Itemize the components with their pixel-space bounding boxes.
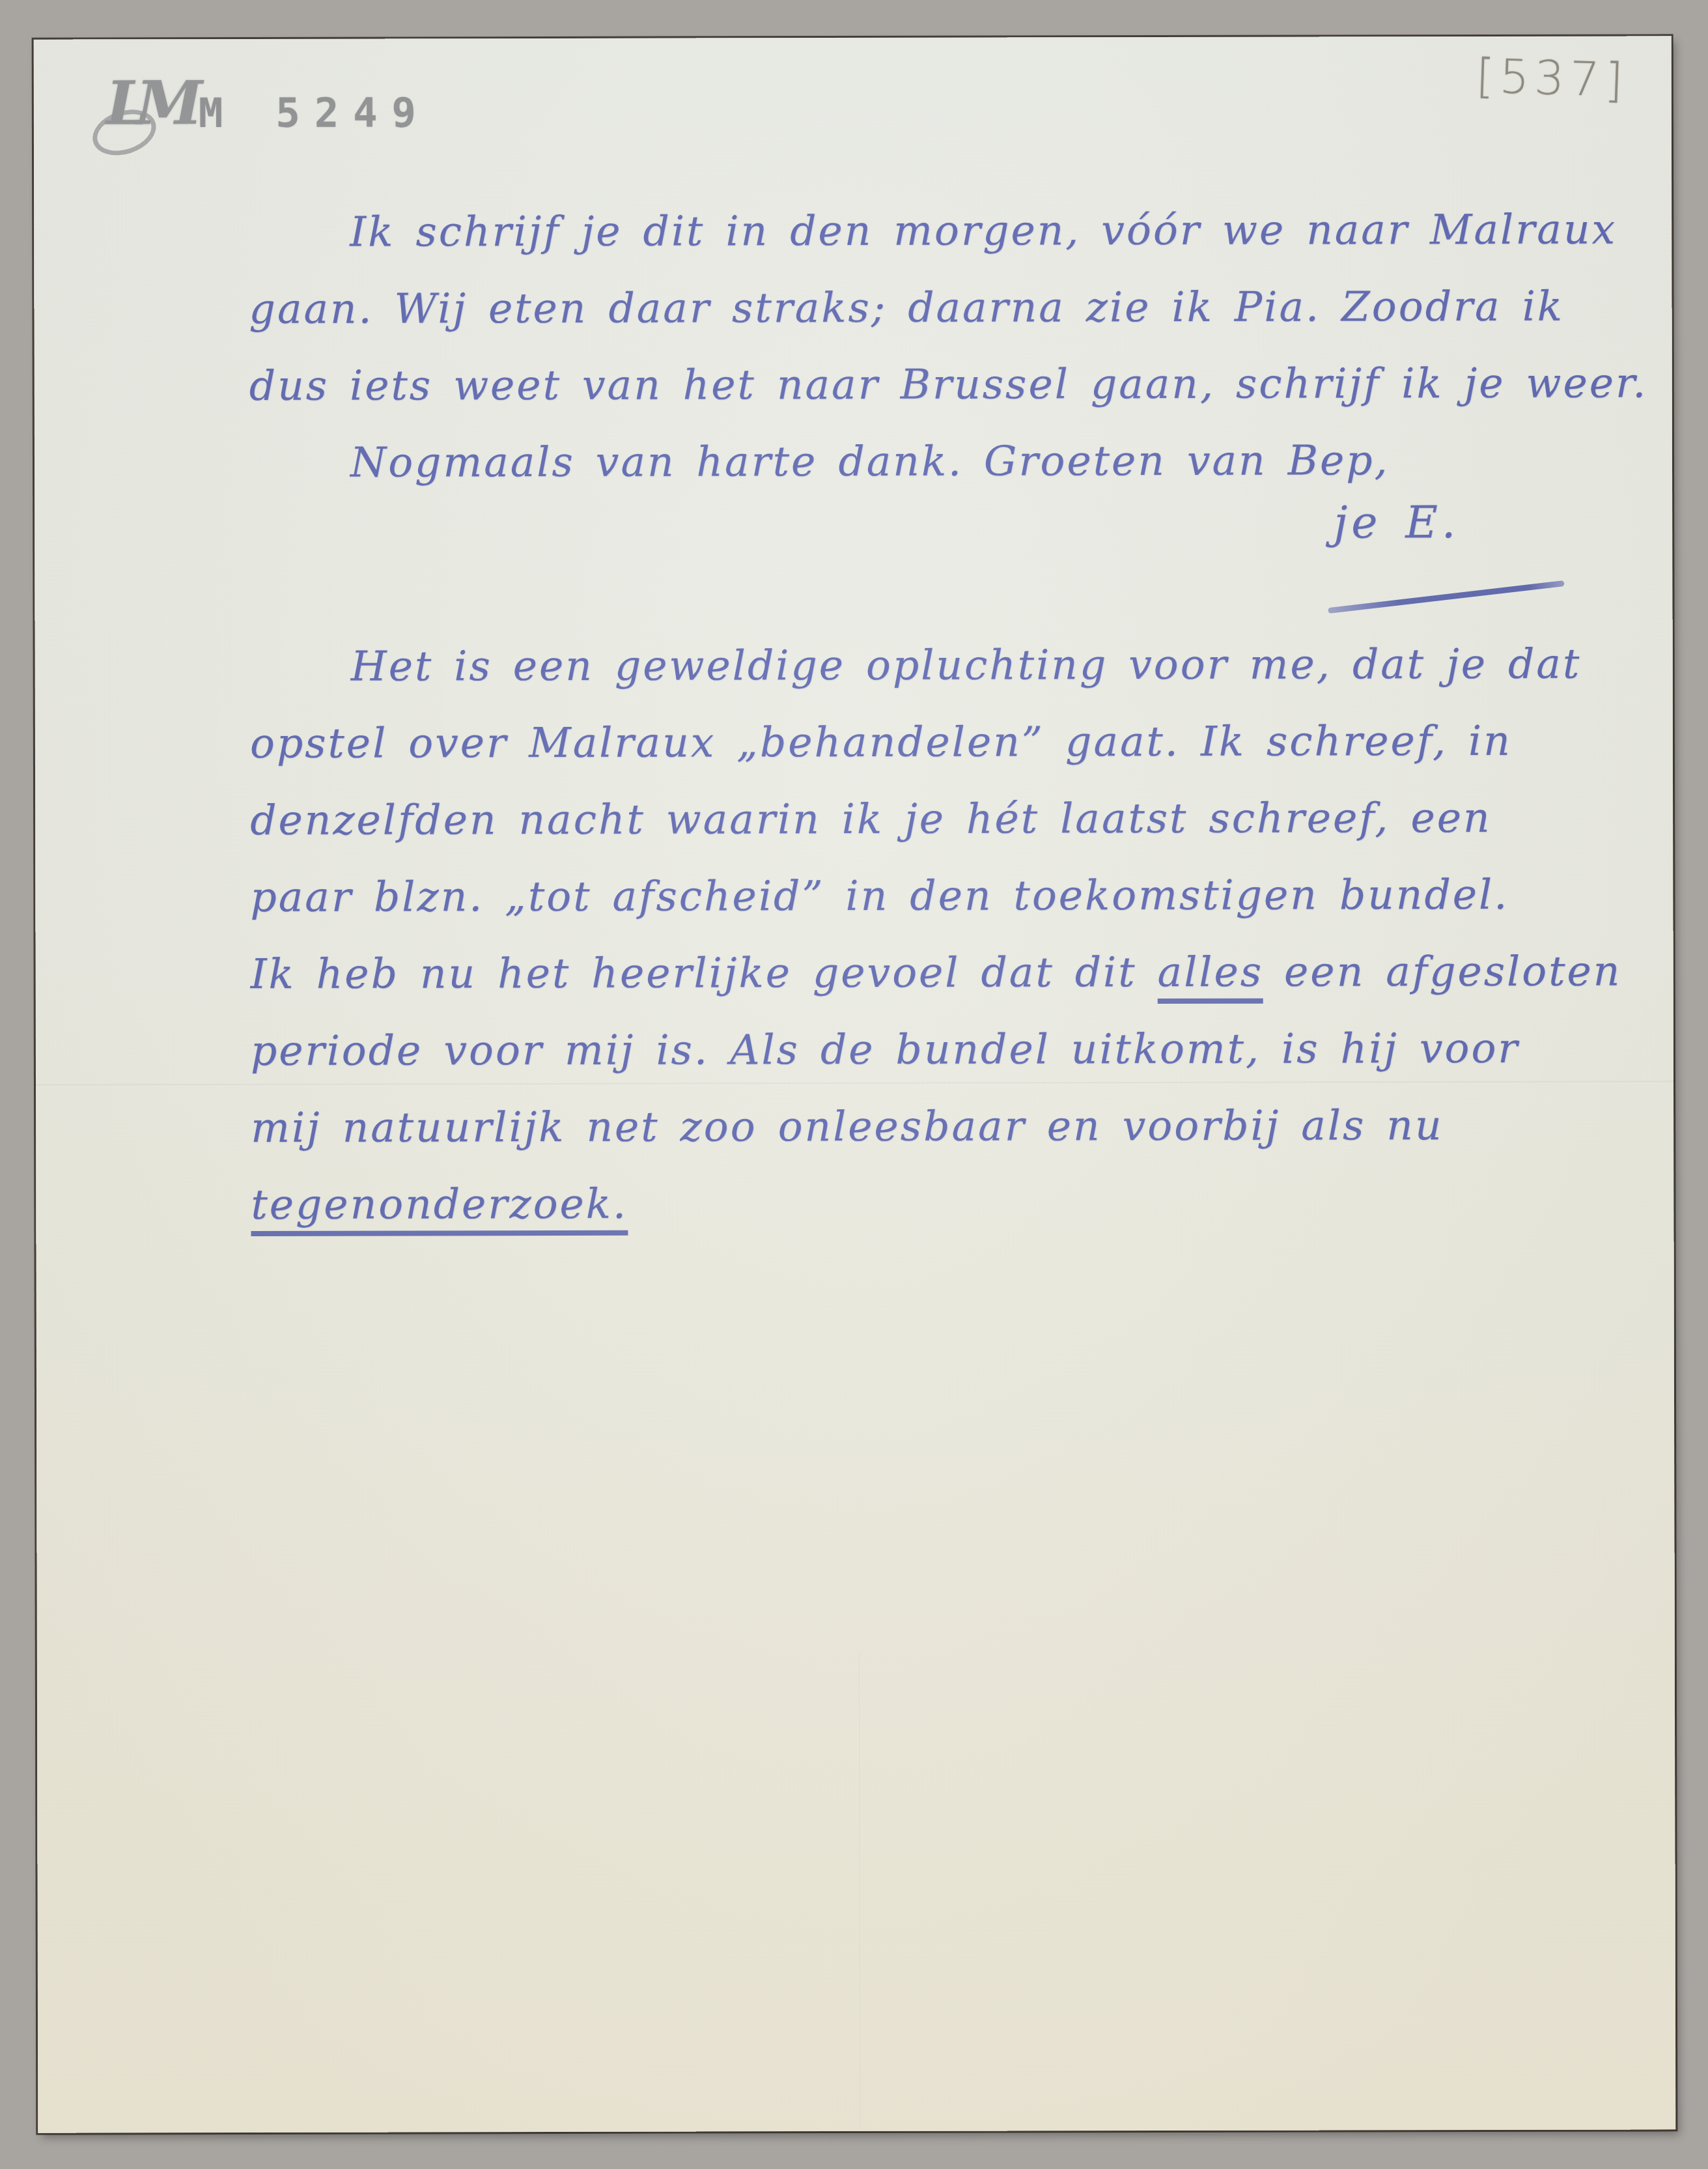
letter-line: Ik heb nu het heerlijke gevoel dat dit a…: [251, 933, 1622, 1013]
stamp-inventory-number: M 5249: [199, 89, 430, 137]
letter-line: dus iets weet van het naar Brussel gaan,…: [249, 345, 1648, 424]
letter-text: Nogmaals van harte dank. Groeten van Bep…: [350, 436, 1390, 486]
letter-line: gaan. Wij eten daar straks; daarna zie i…: [249, 268, 1647, 347]
letter-text: periode voor mij is. Als de bundel uitko…: [251, 1025, 1520, 1075]
signature-flourish: [1328, 580, 1565, 614]
letter-text: mij natuurlijk net zoo onleesbaar en voo…: [251, 1101, 1443, 1152]
signature: je E.: [1334, 485, 1459, 561]
museum-monogram-icon: LM: [96, 70, 187, 155]
letter-text: een afgesloten: [1263, 948, 1621, 996]
letter-line: paar blzn. „tot afscheid” in den toekoms…: [250, 857, 1621, 936]
fold-crease-vertical: [859, 1653, 862, 2129]
underlined-word: tegenonderzoek.: [251, 1180, 628, 1236]
page-number-pencil: [537]: [1475, 48, 1629, 108]
archive-stamp: LM M 5249: [96, 70, 430, 155]
letter-text: Ik schrijf je dit in den morgen, vóór we…: [350, 206, 1617, 256]
underlined-word: alles: [1157, 948, 1263, 1004]
letter-text: denzelfden nacht waarin ik je hét laatst…: [250, 794, 1492, 844]
letter-line: periode voor mij is. Als de bundel uitko…: [251, 1010, 1622, 1090]
letter-text: gaan. Wij eten daar straks; daarna zie i…: [249, 283, 1564, 333]
letter-page: LM M 5249 [537] Ik schrijf je dit in den…: [34, 36, 1676, 2133]
letter-text: opstel over Malraux „behandelen” gaat. I…: [250, 717, 1512, 767]
letter-line: Ik schrijf je dit in den morgen, vóór we…: [249, 191, 1647, 270]
letter-line: mij natuurlijk net zoo onleesbaar en voo…: [251, 1087, 1622, 1167]
letter-line: tegenonderzoek.: [251, 1164, 1622, 1243]
letter-text: Ik heb nu het heerlijke gevoel dat dit: [251, 948, 1158, 998]
monogram-letters: LM: [106, 70, 191, 135]
letter-text: dus iets weet van het naar Brussel gaan,…: [249, 359, 1648, 409]
letter-line: opstel over Malraux „behandelen” gaat. I…: [250, 703, 1621, 782]
letter-text: Het is een geweldige opluchting voor me,…: [351, 640, 1582, 690]
letter-text: paar blzn. „tot afscheid” in den toekoms…: [250, 871, 1509, 921]
scan-background: { "page": { "background_color": "#a8a5a1…: [0, 0, 1708, 2169]
letter-line: Het is een geweldige opluchting voor me,…: [250, 626, 1621, 705]
letter-paragraph-2: Het is een geweldige opluchting voor me,…: [250, 626, 1623, 1243]
letter-line: denzelfden nacht waarin ik je hét laatst…: [250, 780, 1621, 859]
letter-paragraph-1: Ik schrijf je dit in den morgen, vóór we…: [249, 191, 1647, 501]
